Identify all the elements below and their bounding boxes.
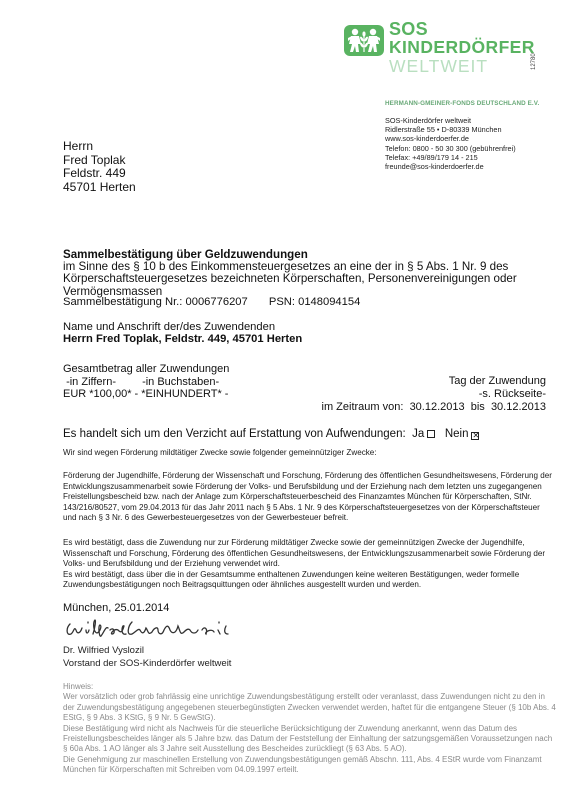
donation-date-block: Tag der Zuwendung -s. Rückseite- im Zeit…: [322, 375, 546, 414]
amount-value: EUR *100,00* - *EINHUNDERT* -: [63, 388, 229, 401]
notice-liability: Wer vorsätzlich oder grob fahrlässig ein…: [63, 692, 558, 723]
period-to-label: bis: [471, 401, 485, 413]
recipient-street: Feldstr. 449: [63, 167, 136, 181]
period-line: im Zeitraum von: 30.12.2013 bis 30.12.20…: [322, 401, 546, 414]
checkbox-x-icon: ✕: [472, 431, 479, 440]
amount-words-label: -in Buchstaben-: [142, 376, 219, 389]
sender-phone: Telefon: 0800 - 50 30 300 (gebührenfrei): [385, 144, 516, 153]
paragraph-confirmation: Es wird bestätigt, dass die Zuwendung nu…: [63, 538, 553, 591]
waiver-no-checkbox[interactable]: ✕: [471, 432, 479, 440]
recipient-city: 45701 Herten: [63, 181, 136, 195]
period-label: im Zeitraum von:: [322, 401, 404, 413]
donor-block: Name und Anschrift der/des Zuwendenden H…: [63, 322, 302, 345]
amount-label: Gesamtbetrag aller Zuwendungen: [63, 363, 229, 376]
donor-value: Herrn Fred Toplak, Feldstr. 449, 45701 H…: [63, 334, 302, 346]
signer-role: Vorstand der SOS-Kinderdörfer weltweit: [63, 657, 231, 670]
amount-block: Gesamtbetrag aller Zuwendungen -in Ziffe…: [63, 363, 229, 401]
sender-street: Ridlerstraße 55 • D-80339 München: [385, 125, 516, 134]
psn-label: PSN:: [269, 296, 295, 308]
brand-line-weltweit: WELTWEIT: [389, 57, 488, 75]
sender-website: www.sos-kinderdoerfer.de: [385, 134, 516, 143]
legal-notice: Hinweis: Wer vorsätzlich oder grob fahrl…: [63, 682, 558, 776]
day-label: Tag der Zuwendung: [322, 375, 546, 388]
confirmation-no-duplicates: Es wird bestätigt, dass über die in der …: [63, 570, 553, 591]
logo-icon: [344, 25, 384, 56]
brand-line-kinderdoerfer: KINDERDÖRFER: [389, 38, 535, 56]
recipient-name: Fred Toplak: [63, 154, 136, 168]
brand-line-sos: SOS: [389, 20, 428, 38]
waiver-yes-label: Ja: [412, 428, 424, 440]
document-heading: Sammelbestätigung über Geldzuwendungen i…: [63, 249, 543, 298]
signer-name: Dr. Wilfried Vyslozil: [63, 644, 231, 657]
sender-fax: Telefax: +49/89/179 14 - 215: [385, 153, 516, 162]
psn-value: 0148094154: [298, 296, 360, 308]
recipient-address: Herrn Fred Toplak Feldstr. 449 45701 Her…: [63, 140, 136, 194]
period-to: 30.12.2013: [491, 401, 546, 413]
waiver-line: Es handelt sich um den Verzicht auf Erst…: [63, 428, 479, 440]
notice-validity: Diese Bestätigung wird nicht als Nachwei…: [63, 724, 558, 755]
confirmation-usage: Es wird bestätigt, dass die Zuwendung nu…: [63, 538, 553, 570]
document-subtitle: im Sinne des § 10 b des Einkommensteuerg…: [63, 261, 543, 298]
confirmation-label: Sammelbestätigung Nr.:: [63, 296, 182, 308]
paragraph-tax-exemption: Förderung der Jugendhilfe, Förderung der…: [63, 471, 553, 524]
recipient-salutation: Herrn: [63, 140, 136, 154]
sender-name: SOS-Kinderdörfer weltweit: [385, 116, 516, 125]
amount-digits-label: -in Ziffern-: [66, 376, 116, 389]
sender-email: freunde@sos-kinderdoerfer.de: [385, 162, 516, 171]
donor-label: Name und Anschrift der/des Zuwendenden: [63, 322, 302, 334]
sender-address: SOS-Kinderdörfer weltweit Ridlerstraße 5…: [385, 116, 516, 171]
waiver-yes-checkbox[interactable]: [427, 430, 435, 438]
notice-approval: Die Genehmigung zur maschinellen Erstell…: [63, 755, 558, 776]
signer-block: Dr. Wilfried Vyslozil Vorstand der SOS-K…: [63, 644, 231, 670]
foundation-name: HERMANN-GMEINER-FONDS DEUTSCHLAND E.V.: [385, 100, 539, 107]
day-value: -s. Rückseite-: [322, 388, 546, 401]
waiver-question: Es handelt sich um den Verzicht auf Erst…: [63, 428, 406, 440]
paragraph-purposes-intro: Wir sind wegen Förderung mildtätiger Zwe…: [63, 448, 553, 459]
confirmation-number: 0006776207: [186, 296, 248, 308]
confirmation-number-line: Sammelbestätigung Nr.: 0006776207 PSN: 0…: [63, 296, 360, 308]
reference-number: 12780: [531, 40, 537, 70]
waiver-no-label: Nein: [445, 428, 469, 440]
notice-heading: Hinweis:: [63, 682, 558, 692]
children-with-plant-icon: [344, 25, 384, 56]
period-from: 30.12.2013: [410, 401, 465, 413]
handwritten-signature-icon: [62, 612, 282, 640]
